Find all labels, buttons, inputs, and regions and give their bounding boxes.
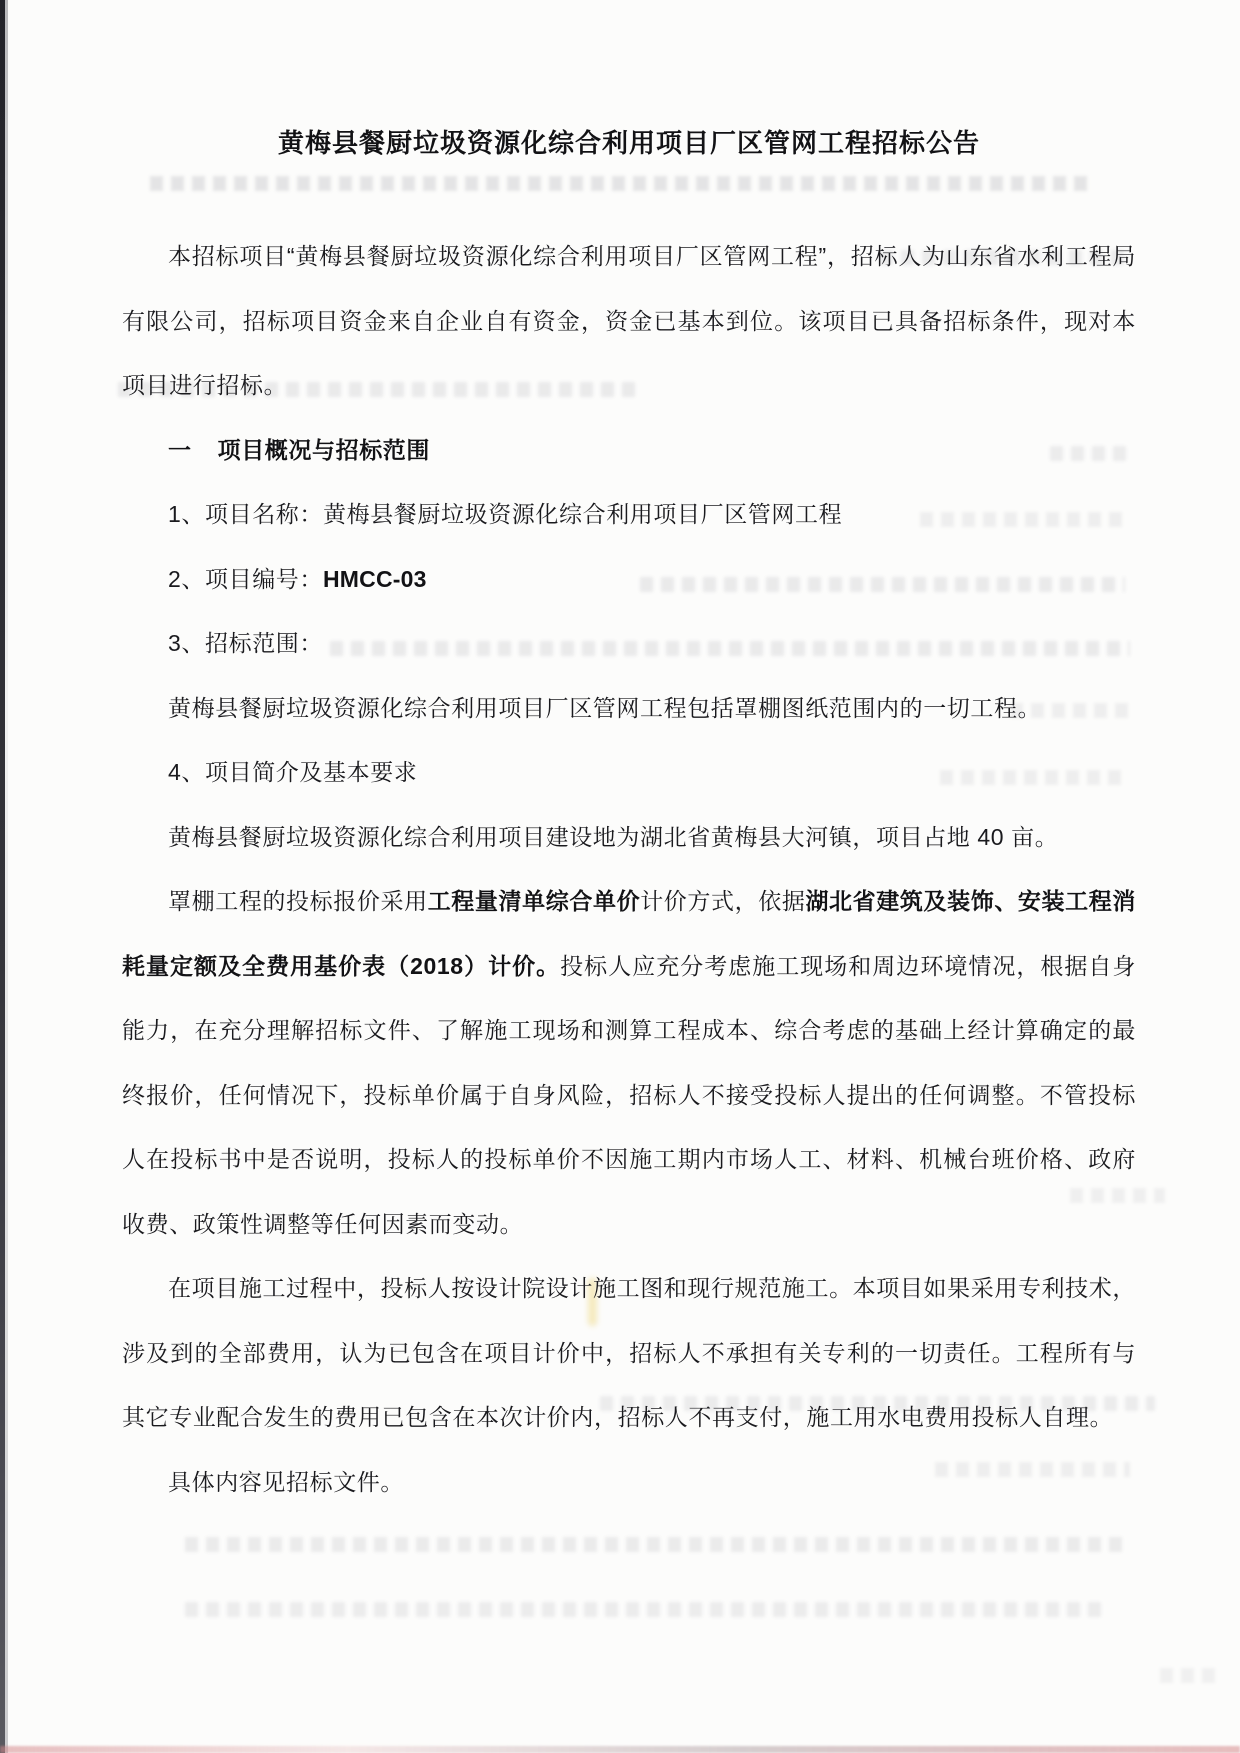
list-item-project-brief: 4、项目简介及基本要求 [122,740,1136,805]
list-item-project-brief-label: 4、项目简介及基本要求 [168,759,417,785]
section-heading-text: 项目概况与招标范围 [218,437,430,463]
paragraph-location: 黄梅县餐厨垃圾资源化综合利用项目建设地为湖北省黄梅县大河镇，项目占地 40 亩。 [122,805,1136,870]
scanned-document-page: 黄梅县餐厨垃圾资源化综合利用项目厂区管网工程招标公告 本招标项目“黄梅县餐厨垃圾… [0,0,1240,1753]
list-item-project-name-value: 黄梅县餐厨垃圾资源化综合利用项目厂区管网工程 [323,501,842,527]
paragraph-pricing: 罩棚工程的投标报价采用工程量清单综合单价计价方式，依据湖北省建筑及装饰、安装工程… [122,869,1136,1256]
bleed-through-ghost-text [1160,1668,1220,1683]
list-item-project-number-label: 2、项目编号： [168,566,323,592]
document-title: 黄梅县餐厨垃圾资源化综合利用项目厂区管网工程招标公告 [122,124,1136,162]
list-item-project-name: 1、项目名称：黄梅县餐厨垃圾资源化综合利用项目厂区管网工程 [122,482,1136,547]
list-item-bid-scope-label: 3、招标范围： [168,630,323,656]
list-item-project-number: 2、项目编号：HMCC-03 [122,547,1136,612]
section-heading-number: 一 [168,437,192,463]
section-heading: 一项目概况与招标范围 [122,418,1136,483]
list-item-project-number-value: HMCC-03 [323,566,427,592]
bleed-through-ghost-text [185,1602,1105,1617]
paragraph-closing: 具体内容见招标文件。 [122,1450,1136,1515]
paragraph-construction: 在项目施工过程中，投标人按设计院设计施工图和现行规范施工。本项目如果采用专利技术… [122,1256,1136,1450]
document-body: 黄梅县餐厨垃圾资源化综合利用项目厂区管网工程招标公告 本招标项目“黄梅县餐厨垃圾… [122,0,1136,1514]
scan-bottom-edge [0,1746,1240,1753]
pricing-seg3: 计价方式，依据 [640,888,805,914]
pricing-seg5: 投标人应充分考虑施工现场和周边环境情况，根据自身能力，在充分理解招标文件、了解施… [122,953,1136,1237]
pricing-seg2-bold: 工程量清单综合单价 [428,888,640,914]
pricing-seg1: 罩棚工程的投标报价采用 [168,888,428,914]
paragraph-scope: 黄梅县餐厨垃圾资源化综合利用项目厂区管网工程包括罩棚图纸范围内的一切工程。 [122,676,1136,741]
scan-left-edge-fade [5,0,8,1753]
list-item-bid-scope: 3、招标范围： [122,611,1136,676]
list-item-project-name-label: 1、项目名称： [168,501,323,527]
paragraph-intro: 本招标项目“黄梅县餐厨垃圾资源化综合利用项目厂区管网工程”，招标人为山东省水利工… [122,224,1136,418]
bleed-through-ghost-text [185,1537,1130,1552]
